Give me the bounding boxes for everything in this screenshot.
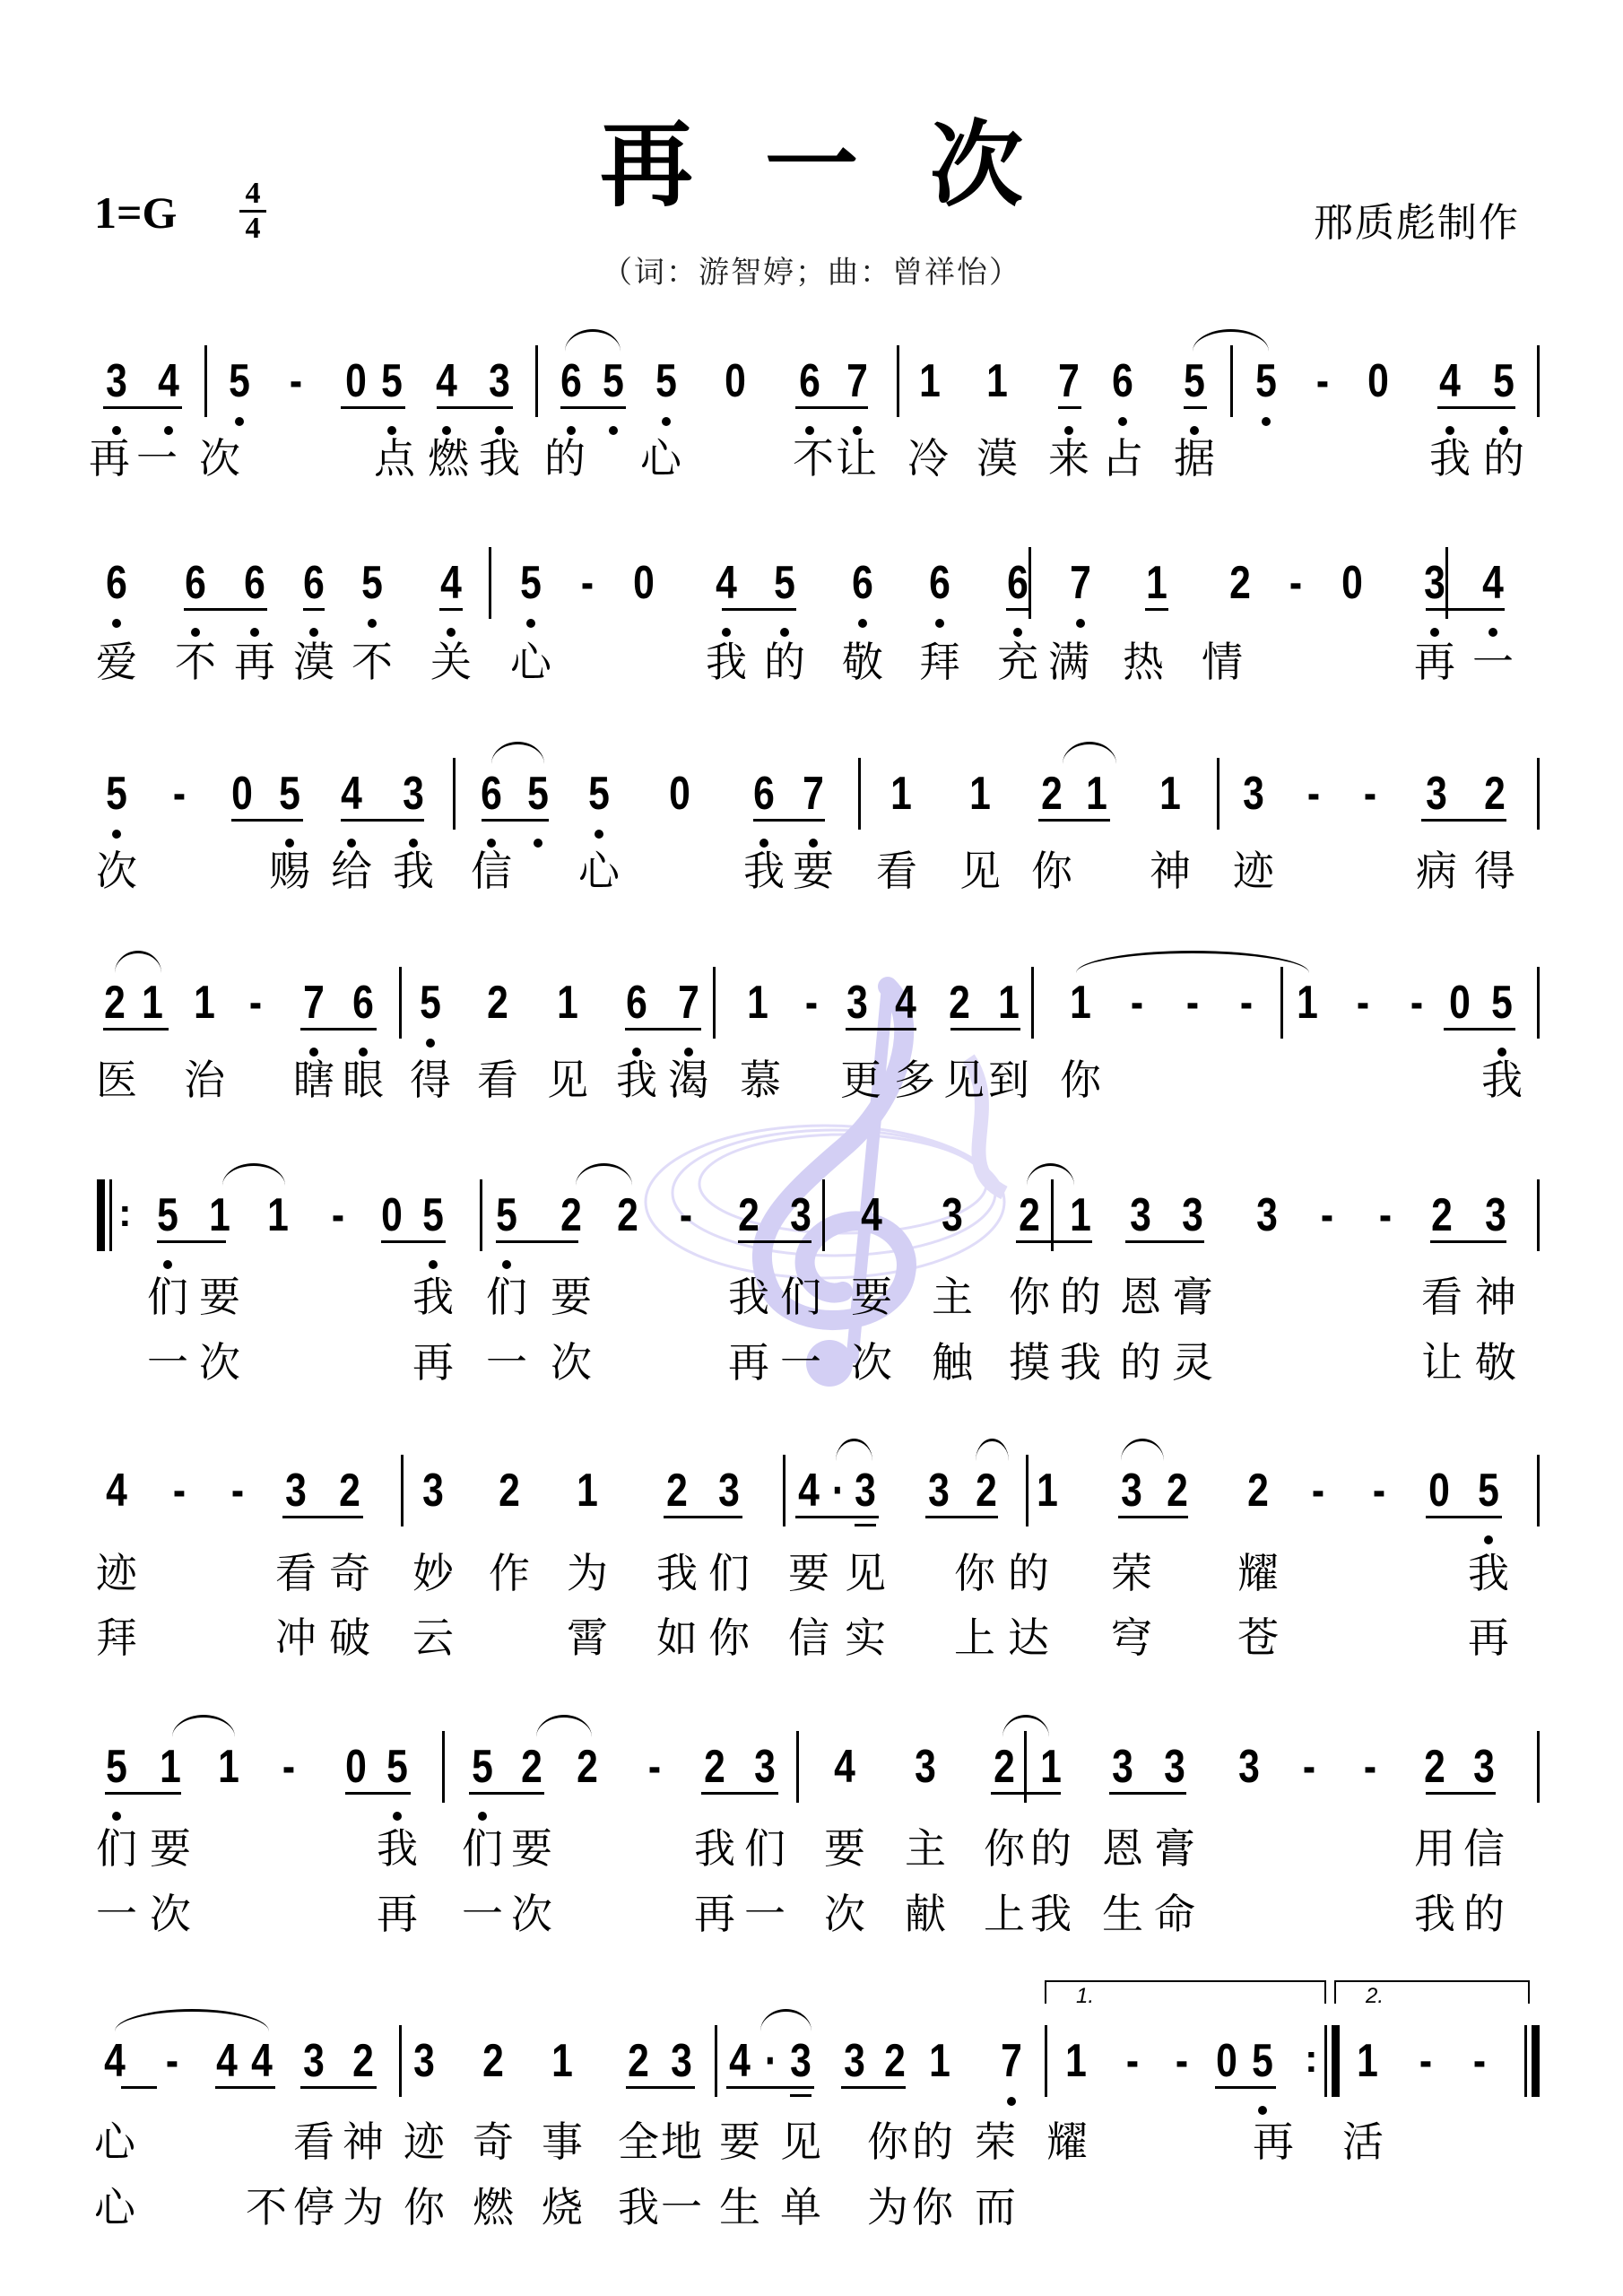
- octave-dot-below: [609, 426, 618, 435]
- dash-note: -: [1313, 1188, 1342, 1242]
- note: 3: [282, 1464, 311, 1518]
- lyric-char: 要: [818, 1825, 872, 1872]
- lyric-char: 献: [898, 1891, 952, 1937]
- lyric-char: 再: [1462, 1614, 1515, 1661]
- lyric-char: 满: [1042, 639, 1096, 685]
- dash-note: -: [1299, 767, 1329, 821]
- octave-dot-below: [250, 628, 259, 637]
- slur: [1121, 1439, 1164, 1461]
- lyric-char: 热: [1116, 639, 1170, 685]
- barline: [1051, 1179, 1054, 1251]
- lyric-char: 慕: [733, 1057, 787, 1103]
- note: 6: [1108, 354, 1138, 408]
- lyric-char: 妙: [406, 1550, 460, 1596]
- note: 1: [743, 976, 773, 1030]
- dash-note: -: [1371, 1188, 1401, 1242]
- volta-label: 2.: [1366, 1984, 1384, 2009]
- lyric-char: 信: [1457, 1825, 1511, 1872]
- beam-underline: [1426, 1516, 1502, 1518]
- sheet-music-page: 再一次 1=G 4 4 邢质彪制作 （词：游智婷；曲：曾祥怡） 345-0543…: [0, 0, 1623, 2296]
- lyric-char: 信: [782, 1614, 836, 1661]
- lyric-char: 我: [1408, 1891, 1462, 1937]
- lyric-char: 到: [982, 1057, 1036, 1103]
- lyric-char: 我: [722, 1274, 776, 1320]
- beam-underline: [560, 406, 626, 409]
- lyric-char: 我: [1423, 435, 1477, 482]
- note: 5: [1474, 1464, 1504, 1518]
- lyric-char: 病: [1410, 848, 1463, 894]
- note: 1: [264, 1188, 293, 1242]
- dash-note: -: [573, 556, 603, 610]
- lyric-char: 恩: [1096, 1825, 1150, 1872]
- lyric-char: 次: [818, 1891, 872, 1937]
- lyric-char: 为: [336, 2184, 390, 2231]
- lyric-char: 漠: [970, 435, 1024, 482]
- beam-underline: [103, 406, 182, 409]
- lyric-char: 来: [1042, 435, 1096, 482]
- lyric-char: 赐: [263, 848, 317, 894]
- beam-underline: [1145, 608, 1168, 611]
- note: 2: [517, 1740, 547, 1794]
- note: 0: [721, 354, 751, 408]
- octave-dot-below: [780, 628, 789, 637]
- lyric-char: 再: [370, 1891, 424, 1937]
- note: 1: [916, 354, 945, 408]
- note: 0: [1445, 976, 1475, 1030]
- slur: [491, 742, 544, 764]
- octave-dot-below: [164, 426, 173, 435]
- lyric-char: 我: [737, 848, 791, 894]
- note: 1: [190, 976, 220, 1030]
- lyric-char: 我: [699, 639, 753, 685]
- lyric-char: 不: [169, 639, 222, 685]
- lyric-char: 你: [1025, 848, 1079, 894]
- lyric-char: 荣: [968, 2118, 1022, 2165]
- beam-underline: [341, 819, 424, 822]
- note: 6: [477, 767, 507, 821]
- note: 3: [102, 354, 132, 408]
- beam-underline: [282, 1516, 363, 1518]
- octave-dot-below: [387, 426, 396, 435]
- lyric-char: 生: [713, 2184, 767, 2231]
- note: 1: [1142, 556, 1172, 610]
- lyric-char: 活: [1336, 2118, 1390, 2165]
- lyric-char: 迹: [90, 1550, 143, 1596]
- note: 0: [342, 1740, 371, 1794]
- octave-dot-below: [393, 1812, 402, 1821]
- note: 4: [1436, 354, 1465, 408]
- octave-dot-below: [1013, 628, 1022, 637]
- note: 2: [1163, 1464, 1193, 1518]
- note: 5: [585, 767, 614, 821]
- note: 2: [335, 1464, 365, 1518]
- note: 3: [1235, 1740, 1264, 1794]
- dash-note: -: [1178, 976, 1208, 1030]
- barline: [204, 345, 207, 417]
- dash-note: -: [274, 1740, 304, 1794]
- barline: [442, 1731, 445, 1803]
- lyric-char: 一: [480, 1339, 534, 1386]
- lyric-char: 让: [829, 435, 883, 482]
- beam-underline: [846, 1028, 916, 1031]
- lyric-char: 你: [397, 2184, 451, 2231]
- lyric-char: 奇: [323, 1550, 377, 1596]
- note: 2: [349, 2034, 378, 2088]
- note: 2: [734, 1188, 764, 1242]
- lyric-char: 荣: [1105, 1550, 1159, 1596]
- note: 1: [1156, 767, 1185, 821]
- note: 5: [153, 1188, 183, 1242]
- octave-dot-below: [191, 628, 200, 637]
- dash-note: -: [1349, 976, 1378, 1030]
- lyric-char: 要: [193, 1274, 247, 1320]
- lyric-char: 迹: [1227, 848, 1280, 894]
- octave-dot-below: [478, 1812, 487, 1821]
- note: 7: [799, 767, 829, 821]
- lyric-char: 的: [1054, 1274, 1107, 1320]
- note: 6: [622, 976, 652, 1030]
- lyric-char: 主: [925, 1274, 979, 1320]
- lyric-char: 恩: [1114, 1274, 1167, 1320]
- lyric-char: 燃: [421, 435, 475, 482]
- note: 5: [1252, 354, 1281, 408]
- note: 0: [342, 354, 371, 408]
- beam-underline: [626, 2086, 695, 2089]
- volta-bracket: [1334, 1980, 1530, 2004]
- beam-underline: [439, 608, 463, 611]
- lyric-char: 要: [845, 1274, 898, 1320]
- note: 1: [573, 1464, 603, 1518]
- lyric-char: 再: [1408, 639, 1462, 685]
- octave-dot-below: [809, 839, 818, 848]
- slur: [576, 1163, 632, 1186]
- lyric-char: 次: [193, 1339, 247, 1386]
- octave-dot-below: [722, 628, 731, 637]
- lyric-char: 次: [90, 848, 143, 894]
- slur: [172, 1715, 235, 1737]
- beam-underline: [300, 1028, 377, 1031]
- dash-note: -: [1402, 976, 1432, 1030]
- dash-note: -: [1295, 1740, 1324, 1794]
- lyric-char: 燃: [466, 2184, 520, 2231]
- note: 4: [830, 1740, 860, 1794]
- beam-underline: [381, 1240, 446, 1243]
- beam-underline: [841, 2086, 906, 2089]
- octave-dot-below: [309, 628, 318, 637]
- note: 2: [1480, 767, 1510, 821]
- start-repeat-bar: [97, 1179, 105, 1251]
- lyric-char: 你: [977, 1825, 1031, 1872]
- lyric-char: 得: [404, 1057, 457, 1103]
- lyric-char: 霄: [560, 1614, 614, 1661]
- lyric-char: 为: [560, 1550, 614, 1596]
- note: 3: [299, 2034, 329, 2088]
- lyric-char: 我: [1462, 1550, 1515, 1596]
- beam-underline: [105, 1792, 181, 1795]
- octave-dot-below: [285, 839, 294, 848]
- lyric-char: 见: [953, 848, 1007, 894]
- beam-underline: [738, 1240, 811, 1243]
- barline: [1280, 967, 1283, 1039]
- lyric-char: 摸: [1002, 1339, 1056, 1386]
- note: 7: [843, 354, 872, 408]
- final-bar-thin: [1524, 2025, 1527, 2097]
- treble-clef-icon: [628, 969, 1058, 1390]
- lyric-char: 充: [991, 639, 1045, 685]
- octave-dot-below: [447, 628, 456, 637]
- note: 5: [652, 354, 681, 408]
- note: 5: [468, 1740, 498, 1794]
- note: 3: [851, 1464, 881, 1518]
- lyric-char: 我: [473, 435, 526, 482]
- octave-dot-below: [1118, 417, 1127, 426]
- lyric-char: 的: [538, 435, 592, 482]
- note: 2: [1428, 1188, 1457, 1242]
- note: 5: [1489, 354, 1519, 408]
- beam-underline: [345, 1792, 411, 1795]
- lyric-char: 破: [323, 1614, 377, 1661]
- barline: [1026, 1455, 1028, 1526]
- beam-underline: [1109, 1792, 1186, 1795]
- dash-note: -: [1365, 1464, 1394, 1518]
- lyric-char: 苍: [1231, 1614, 1285, 1661]
- note: 4: [712, 556, 742, 610]
- note: 3: [715, 1464, 744, 1518]
- dash-note: -: [1167, 2034, 1197, 2088]
- barline: [1024, 1731, 1027, 1803]
- beam-underline: [726, 2086, 814, 2089]
- lyric-char: 实: [838, 1614, 892, 1661]
- lyric-char: 事: [535, 2118, 589, 2165]
- beam-underline: [469, 1792, 544, 1795]
- lyric-char: 不: [345, 639, 399, 685]
- slur: [536, 1715, 592, 1737]
- lyric-char: 们: [456, 1825, 509, 1872]
- note: 6: [925, 556, 955, 610]
- beam-underline: [1437, 406, 1515, 409]
- lyric-char: 医: [90, 1057, 143, 1103]
- volta-label: 1.: [1076, 1984, 1094, 2009]
- lyric-char: 敬: [836, 639, 890, 685]
- lyric-char: 你: [1054, 1057, 1107, 1103]
- barline: [858, 758, 861, 830]
- note: 3: [911, 1740, 941, 1794]
- beam-underline: [795, 406, 868, 409]
- note: 2: [972, 1464, 1002, 1518]
- dash-note: -: [640, 1740, 670, 1794]
- barline: [1445, 547, 1448, 619]
- dash-note: -: [1356, 1740, 1385, 1794]
- dash-note: -: [1232, 976, 1262, 1030]
- lyric-char: 心: [504, 639, 558, 685]
- lyric-char: 瞎: [287, 1057, 341, 1103]
- note: 3: [938, 1188, 968, 1242]
- lyric-char: 要: [782, 1550, 836, 1596]
- beam-underline: [1421, 819, 1506, 822]
- lyric-char: 我: [650, 1550, 704, 1596]
- dot-note: ·: [757, 2034, 786, 2088]
- note: 3: [1160, 1740, 1190, 1794]
- double-underline: [855, 1524, 876, 1526]
- beam-underline: [231, 819, 303, 822]
- slur: [1027, 1163, 1074, 1186]
- barline: [1028, 547, 1031, 619]
- lyric-char: 一: [655, 2184, 708, 2231]
- lyric-char: 再: [1246, 2118, 1300, 2165]
- note: 3: [485, 354, 515, 408]
- beam-underline: [496, 1240, 578, 1243]
- note: 3: [786, 2034, 816, 2088]
- note: 3: [751, 1740, 780, 1794]
- note: 0: [1212, 2034, 1242, 2088]
- lyric-char: 们: [774, 1274, 828, 1320]
- barline: [713, 967, 716, 1039]
- slur: [115, 951, 161, 973]
- lyric-char: 灵: [1166, 1339, 1219, 1386]
- lyric-char: 再: [688, 1891, 742, 1937]
- note: 5: [419, 1188, 448, 1242]
- octave-dot-below: [1258, 2106, 1267, 2115]
- octave-dot-below: [567, 426, 576, 435]
- octave-dot-below: [429, 1260, 438, 1269]
- lyric-char: 治: [178, 1057, 231, 1103]
- lyric-char: 们: [738, 1825, 792, 1872]
- lyric-char: 心: [88, 2118, 142, 2165]
- note: 3: [1470, 1740, 1499, 1794]
- octave-dot-below: [347, 839, 356, 848]
- note: 6: [848, 556, 878, 610]
- lyric-char: 拜: [90, 1614, 143, 1661]
- note: 2: [573, 1740, 603, 1794]
- octave-dot-below: [235, 417, 244, 426]
- octave-dot-below: [368, 619, 377, 628]
- lyric-char: 拜: [913, 639, 967, 685]
- lyric-char: 一: [774, 1339, 828, 1386]
- lyric-char: 我: [386, 848, 440, 894]
- lyric-char: 主: [898, 1825, 952, 1872]
- note: 3: [667, 2034, 697, 2088]
- lyric-char: 漠: [287, 639, 341, 685]
- note: 5: [358, 556, 387, 610]
- lyric-char: 爱: [90, 639, 143, 685]
- lyric-char: 要: [143, 1825, 197, 1872]
- dash-note: -: [1356, 767, 1385, 821]
- note: 5: [1488, 976, 1517, 1030]
- lyric-char: 更: [834, 1057, 888, 1103]
- note: 5: [225, 354, 255, 408]
- lyric-char: 单: [774, 2184, 828, 2231]
- beam-underline: [701, 1792, 778, 1795]
- note: 5: [524, 767, 553, 821]
- lyric-char: 如: [650, 1614, 704, 1661]
- barline: [401, 1455, 404, 1526]
- lyric-char: 见: [774, 2118, 828, 2165]
- lyric-char: 敬: [1469, 1339, 1523, 1386]
- note: 4: [891, 976, 921, 1030]
- note: 5: [492, 1188, 522, 1242]
- note: 6: [750, 767, 779, 821]
- slur: [976, 1439, 1009, 1461]
- beam-underline: [121, 2086, 157, 2089]
- barline: [822, 1179, 825, 1251]
- note: 5: [275, 767, 305, 821]
- note: 2: [881, 2034, 910, 2088]
- beam-underline: [103, 1028, 169, 1031]
- beam-underline: [1215, 2086, 1276, 2089]
- lyric-char: 据: [1167, 435, 1221, 482]
- lyric-char: 的: [1477, 435, 1531, 482]
- barline: [1230, 345, 1233, 417]
- note: 2: [945, 976, 975, 1030]
- lyric-char: 我: [1054, 1339, 1107, 1386]
- beam-underline: [1038, 819, 1110, 822]
- barline: [897, 345, 899, 417]
- note: 1: [1353, 2034, 1383, 2088]
- lyric-char: 一: [130, 435, 184, 482]
- dash-note: -: [1308, 354, 1338, 408]
- end-repeat-bar: [1332, 2025, 1340, 2097]
- note: 2: [1015, 1188, 1045, 1242]
- lyric-char: 要: [786, 848, 840, 894]
- beam-underline: [482, 819, 549, 822]
- octave-dot-below: [1430, 628, 1439, 637]
- lyric-char: 一: [738, 1891, 792, 1937]
- slur: [836, 1439, 872, 1461]
- note: 2: [557, 1188, 586, 1242]
- time-signature: 4 4: [238, 178, 268, 245]
- note: 0: [228, 767, 257, 821]
- note: 1: [553, 976, 583, 1030]
- note: 1: [548, 2034, 577, 2088]
- lyric-char: 我: [1475, 1057, 1529, 1103]
- barline: [399, 2025, 402, 2097]
- lyric-char: 的: [1024, 1825, 1078, 1872]
- note: 1: [925, 2034, 955, 2088]
- note: 3: [1481, 1188, 1511, 1242]
- note: 1: [983, 354, 1012, 408]
- beam-underline: [341, 406, 405, 409]
- note: 5: [1180, 354, 1210, 408]
- lyric-char: 见: [541, 1057, 595, 1103]
- beam-underline: [1016, 1240, 1092, 1243]
- lyric-char: 心: [88, 2184, 142, 2231]
- note: 3: [410, 2034, 439, 2088]
- time-signature-top: 4: [238, 178, 268, 210]
- note: 4: [247, 2034, 277, 2088]
- slur: [1063, 742, 1116, 764]
- octave-dot-below: [662, 417, 671, 426]
- note: 0: [1364, 354, 1393, 408]
- beam-underline: [437, 406, 513, 409]
- lyric-char: 触: [925, 1339, 979, 1386]
- barline: [715, 2025, 717, 2097]
- lyric-char: 点: [368, 435, 421, 482]
- lyric-char: 作: [482, 1550, 536, 1596]
- note: 2: [663, 1464, 692, 1518]
- octave-dot-below: [309, 1048, 318, 1057]
- note: 1: [1082, 767, 1112, 821]
- lyric-char: 达: [1002, 1614, 1055, 1661]
- note: 5: [383, 1740, 412, 1794]
- lyric-char: 看: [870, 848, 924, 894]
- lyric-char: 你: [702, 1614, 756, 1661]
- note: 1: [214, 1740, 244, 1794]
- lyric-char: 我: [406, 1274, 460, 1320]
- lyric-char: 要: [505, 1825, 559, 1872]
- octave-dot-below: [534, 839, 542, 848]
- lyric-char: 得: [1468, 848, 1522, 894]
- dash-note: -: [1411, 2034, 1441, 2088]
